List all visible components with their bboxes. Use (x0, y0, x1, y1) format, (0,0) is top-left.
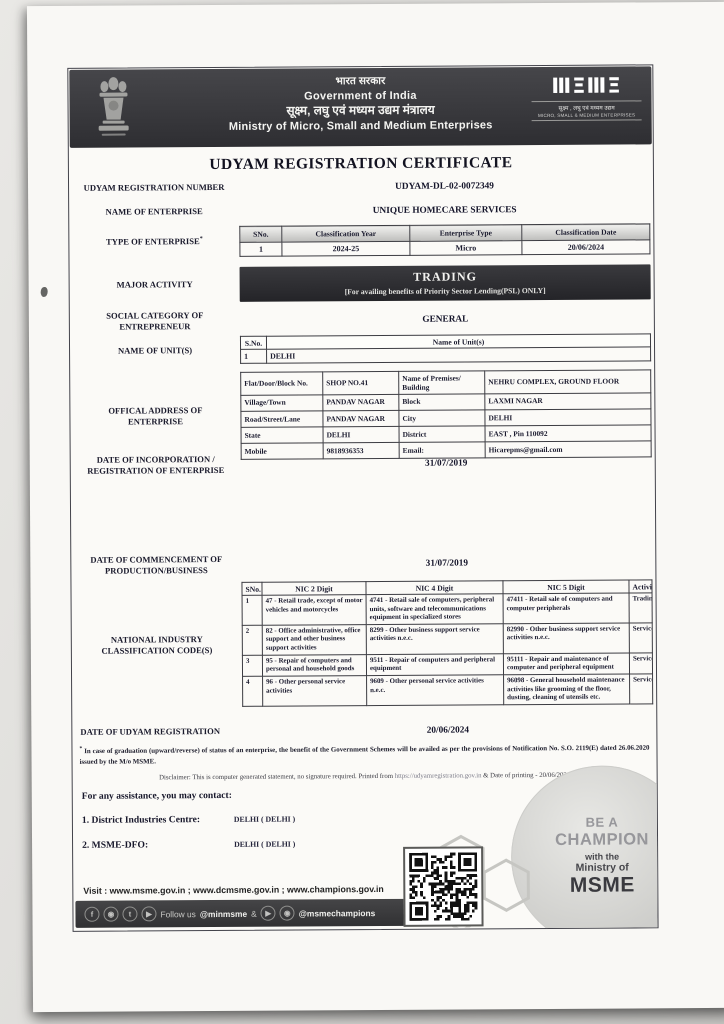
table-cell: 9511 - Repair of computers and periphera… (366, 654, 503, 676)
twitter-icon: t (122, 906, 137, 921)
follow-us-text: Follow us (160, 909, 195, 919)
field-row-commencement-date: DATE OF COMMENCEMENT OF PRODUCTION/BUSIN… (71, 551, 652, 577)
table-cell: Name of Premises/ Building (399, 371, 485, 394)
msme-logo: ⅢΞⅢΞ सूक्ष्म , लघु एवं मध्यम उद्यम MICRO… (531, 75, 641, 121)
table-row: 147 - Retail trade, except of motor vehi… (242, 593, 652, 625)
column-header: S.No. (240, 336, 266, 350)
champion-line-4: Ministry of (576, 862, 629, 874)
field-row-udyam-registration-date: DATE OF UDYAM REGISTRATION 20/06/2024 (72, 723, 653, 738)
column-header: Enterprise Type (410, 225, 522, 242)
table-cell: 3 (242, 655, 262, 676)
table-cell: DELHI (485, 409, 651, 426)
table-cell: LAXMI NAGAR (485, 392, 651, 409)
enterprise-type-asterisk: * (200, 236, 203, 242)
official-address-label: OFFICAL ADDRESS OF ENTERPRISE (70, 405, 240, 428)
table-cell: 95 - Repair of computers and personal an… (262, 655, 366, 677)
table-cell: 96 - Other personal service activities (263, 676, 367, 707)
table-cell: 1 (241, 350, 267, 364)
field-row-registration-number: UDYAM REGISTRATION NUMBER UDYAM-DL-02-00… (69, 179, 650, 194)
units-table: S.No. Name of Unit(s) 1DELHI (240, 333, 651, 364)
footnote-asterisk: * (79, 746, 82, 752)
major-activity-note: [For availing benefits of Priority Secto… (246, 285, 645, 296)
field-row-major-activity: MAJOR ACTIVITY TRADING [For availing ben… (70, 264, 651, 303)
table-cell: DELHI (267, 347, 651, 363)
champion-line-2: CHAMPION (555, 830, 649, 850)
table-cell: Services (629, 623, 652, 653)
enterprise-type-label: TYPE OF ENTERPRISE* (69, 236, 239, 248)
enterprise-name-value: UNIQUE HOMECARE SERVICES (239, 204, 650, 217)
scan-speck (41, 287, 48, 297)
msme-logo-english-tagline: MICRO, SMALL & MEDIUM ENTERPRISES (532, 112, 642, 121)
dic-label: 1. District Industries Centre: (82, 814, 234, 826)
column-header: SNo. (242, 582, 262, 596)
table-cell: 8299 - Other business support service ac… (366, 624, 503, 655)
minmsme-handle: @minmsme (200, 908, 247, 918)
table-cell: 20/06/2024 (522, 240, 650, 255)
youtube-icon: ▶ (141, 906, 156, 921)
udyam-registration-date-label: DATE OF UDYAM REGISTRATION (72, 726, 242, 738)
assistance-heading: For any assistance, you may contact: (82, 790, 232, 802)
column-header: Classification Date (522, 224, 650, 241)
social-media-bar: f ◉ t ▶ Follow us @minmsme & ▶ ◉ @msmech… (75, 899, 413, 928)
table-row: 496 - Other personal service activities9… (243, 674, 653, 706)
table-cell: 82990 - Other business support service a… (503, 623, 629, 654)
contact-line-msme-dfo: 2. MSME-DFO: DELHI ( DELHI ) (82, 839, 295, 851)
table-cell: City (399, 410, 485, 427)
table-cell: 9609 - Other personal service activities… (367, 675, 504, 706)
field-row-units: NAME OF UNIT(S) S.No. Name of Unit(s) 1D… (70, 333, 651, 365)
table-cell: Services (629, 653, 652, 674)
instagram-icon-2: ◉ (280, 906, 295, 921)
table-cell: 96098 - General household maintenance ac… (504, 674, 630, 705)
table-row: 395 - Repair of computers and personal a… (242, 653, 652, 677)
registration-number-label: UDYAM REGISTRATION NUMBER (69, 182, 239, 194)
table-cell: Trading (629, 593, 652, 623)
table-cell: NEHRU COMPLEX, GROUND FLOOR (485, 370, 651, 394)
table-cell: Block (399, 393, 485, 410)
table-cell: EAST , Pin 110092 (485, 425, 651, 442)
dic-value: DELHI ( DELHI ) (234, 815, 295, 824)
youtube-icon-2: ▶ (261, 906, 276, 921)
field-row-official-address: OFFICAL ADDRESS OF ENTERPRISE Flat/Door/… (70, 369, 652, 461)
table-cell: PANDAV NAGAR (323, 394, 399, 411)
table-cell: 47411 - Retail sale of computers and com… (503, 593, 629, 624)
incorporation-date-label: DATE OF INCORPORATION / REGISTRATION OF … (71, 454, 241, 477)
incorporation-date-value: 31/07/2019 (241, 458, 652, 471)
instagram-icon: ◉ (103, 907, 118, 922)
table-row: 1DELHI (241, 347, 651, 363)
registration-number-value: UDYAM-DL-02-0072349 (239, 180, 650, 193)
table-cell: Flat/Door/Block No. (241, 372, 323, 395)
msme-logo-hindi-tagline: सूक्ष्म , लघु एवं मध्यम उद्यम (532, 100, 642, 112)
udyam-registration-date-value: 20/06/2024 (242, 724, 653, 737)
column-header: Classification Year (282, 225, 410, 242)
table-cell: 4 (243, 677, 263, 707)
certificate-frame: भारत सरकार Government of India सूक्ष्म, … (67, 64, 658, 932)
table-cell: 4741 - Retail sale of computers, periphe… (366, 594, 503, 625)
column-header: NIC 5 Digit (503, 580, 629, 594)
msmechampions-handle: @msmechampions (299, 908, 376, 918)
column-header: NIC 4 Digit (366, 581, 503, 595)
field-row-social-category: SOCIAL CATEGORY OF ENTREPRENEUR GENERAL (70, 307, 651, 333)
certificate-title: UDYAM REGISTRATION CERTIFICATE (69, 153, 653, 175)
major-activity-value: TRADING (246, 268, 645, 285)
table-cell: 82 - Office administrative, office suppo… (262, 625, 366, 656)
facebook-icon: f (84, 907, 99, 922)
table-row: Flat/Door/Block No.SHOP NO.41Name of Pre… (241, 370, 651, 395)
enterprise-type-table: SNo. Classification Year Enterprise Type… (239, 223, 650, 257)
visit-links-line: Visit : www.msme.gov.in ; www.dcmsme.gov… (83, 884, 384, 896)
nic-codes-label: NATIONAL INDUSTRY CLASSIFICATION CODE(S) (72, 633, 242, 656)
official-address-table: Flat/Door/Block No.SHOP NO.41Name of Pre… (240, 369, 652, 460)
table-cell: Micro (410, 241, 522, 256)
table-cell: Services (630, 674, 653, 704)
social-category-value: GENERAL (240, 314, 651, 327)
major-activity-label: MAJOR ACTIVITY (70, 279, 240, 291)
certificate-paper: भारत सरकार Government of India सूक्ष्म, … (27, 2, 724, 1012)
contact-line-dic: 1. District Industries Centre: DELHI ( D… (82, 814, 295, 826)
graduation-footnote: *In case of graduation (upward/reverse) … (79, 741, 649, 768)
table-cell: SHOP NO.41 (323, 371, 399, 394)
nic-codes-table: SNo. NIC 2 Digit NIC 4 Digit NIC 5 Digit… (241, 579, 653, 707)
table-cell: District (399, 426, 485, 443)
scan-background: भारत सरकार Government of India सूक्ष्म, … (0, 0, 724, 1024)
social-category-label: SOCIAL CATEGORY OF ENTREPRENEUR (70, 310, 240, 333)
column-header: NIC 2 Digit (262, 582, 366, 596)
table-cell: 95111 - Repair and maintenance of comput… (503, 653, 629, 675)
ampersand-text: & (251, 908, 257, 918)
table-cell: Road/Street/Lane (241, 411, 323, 428)
table-cell: 47 - Retail trade, except of motor vehic… (262, 595, 366, 626)
table-cell: Village/Town (241, 394, 323, 411)
udyam-portal-link: https://udyamregistration.gov.in (395, 772, 482, 780)
units-label: NAME OF UNIT(S) (70, 344, 240, 356)
field-row-nic-codes: NATIONAL INDUSTRY CLASSIFICATION CODE(S)… (71, 579, 653, 708)
table-cell: 2 (242, 626, 262, 656)
government-header-banner: भारत सरकार Government of India सूक्ष्म, … (69, 66, 651, 148)
commencement-date-value: 31/07/2019 (241, 558, 652, 571)
table-cell: 1 (242, 596, 262, 626)
field-row-incorporation-date: DATE OF INCORPORATION / REGISTRATION OF … (71, 451, 652, 477)
qr-code (403, 846, 483, 926)
table-cell: PANDAV NAGAR (323, 410, 399, 427)
enterprise-name-label: NAME OF ENTERPRISE (69, 206, 239, 218)
field-row-enterprise-name: NAME OF ENTERPRISE UNIQUE HOMECARE SERVI… (69, 203, 650, 218)
table-row: 282 - Office administrative, office supp… (242, 623, 652, 655)
table-cell: 2024-25 (282, 241, 410, 256)
msme-dfo-label: 2. MSME-DFO: (82, 839, 234, 851)
column-header: Activity (629, 580, 652, 594)
table-row: 12024-25Micro20/06/2024 (240, 240, 650, 257)
champion-line-1: BE A (586, 815, 619, 830)
champion-line-5: MSME (570, 874, 635, 899)
table-cell: DELHI (323, 426, 399, 443)
column-header: SNo. (240, 226, 282, 242)
champion-line-3: with the (585, 851, 619, 862)
india-emblem-icon (91, 75, 135, 146)
major-activity-box: TRADING [For availing benefits of Priori… (240, 264, 651, 302)
commencement-date-label: DATE OF COMMENCEMENT OF PRODUCTION/BUSIN… (71, 554, 241, 577)
enterprise-type-label-text: TYPE OF ENTERPRISE (106, 236, 200, 247)
table-cell: State (241, 427, 323, 444)
msme-logo-glyph: ⅢΞⅢΞ (531, 75, 641, 97)
disclaimer-text: Disclaimer: This is computer generated s… (159, 773, 395, 781)
msme-dfo-value: DELHI ( DELHI ) (234, 840, 295, 849)
footnote-text: In case of graduation (upward/reverse) o… (80, 745, 650, 766)
table-cell: 1 (240, 242, 282, 256)
field-row-enterprise-type: TYPE OF ENTERPRISE* SNo. Classification … (69, 223, 650, 258)
